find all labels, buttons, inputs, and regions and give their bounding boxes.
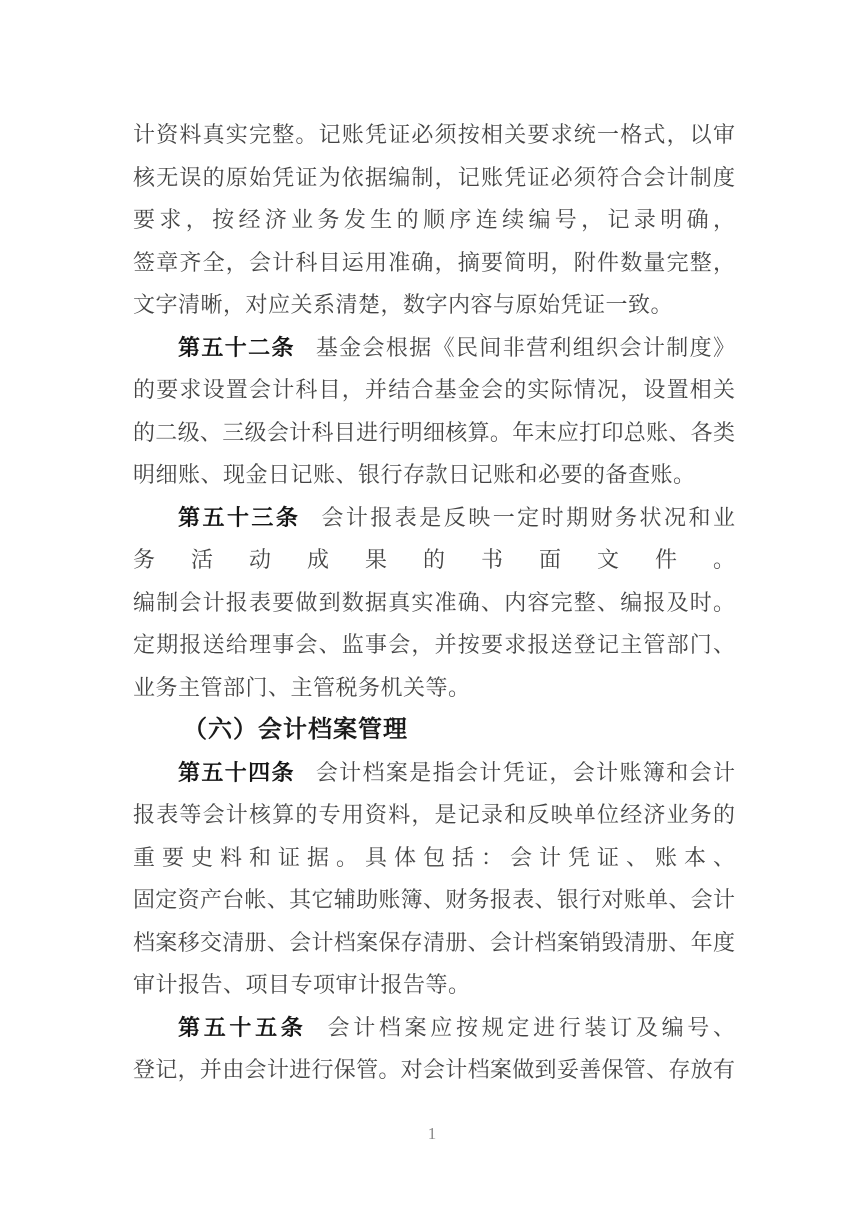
text-line: 固定资产台帐、其它辅助账簿、财务报表、银行对账单、会计 [133, 879, 735, 922]
text-line: 的要求设置会计科目，并结合基金会的实际情况，设置相关 [133, 369, 735, 412]
text-line: 计资料真实完整。记账凭证必须按相关要求统一格式，以审 [133, 114, 735, 157]
text-line: 第五十四条会计档案是指会计凭证，会计账簿和会计 [133, 752, 735, 795]
article-term: 第五十三条 [178, 505, 300, 530]
document-page: 计资料真实完整。记账凭证必须按相关要求统一格式，以审 核无误的原始凭证为依据编制… [0, 0, 864, 1222]
text-line: 报表等会计核算的专用资料，是记录和反映单位经济业务的 [133, 794, 735, 837]
article-text: 会计档案是指会计凭证，会计账簿和会计 [316, 760, 735, 785]
text-line: 重要史料和证据。具体包括：会计凭证、账本、 [133, 837, 735, 880]
section-heading: （六）会计档案管理 [133, 709, 735, 752]
paragraph-article-55: 第五十五条会计档案应按规定进行装订及编号、 登记，并由会计进行保管。对会计档案做… [133, 1007, 735, 1092]
text-line: 的二级、三级会计科目进行明细核算。年末应打印总账、各类 [133, 412, 735, 455]
text-line: 登记，并由会计进行保管。对会计档案做到妥善保管、存放有 [133, 1049, 735, 1092]
paragraph-article-53: 第五十三条会计报表是反映一定时期财务状况和业 务活动成果的书面文件。 编制会计报… [133, 497, 735, 710]
article-text: 会计报表是反映一定时期财务状况和业 [321, 505, 735, 530]
text-line: 核无误的原始凭证为依据编制，记账凭证必须符合会计制度 [133, 157, 735, 200]
article-text: 会计档案应按规定进行装订及编号、 [328, 1015, 735, 1040]
text-line: 第五十二条基金会根据《民间非营利组织会计制度》 [133, 327, 735, 370]
paragraph-article-51-continuation: 计资料真实完整。记账凭证必须按相关要求统一格式，以审 核无误的原始凭证为依据编制… [133, 114, 735, 327]
paragraph-article-52: 第五十二条基金会根据《民间非营利组织会计制度》 的要求设置会计科目，并结合基金会… [133, 327, 735, 497]
text-line: 务活动成果的书面文件。 [133, 539, 735, 582]
text-line: 要求，按经济业务发生的顺序连续编号，记录明确， [133, 199, 735, 242]
text-line: 第五十五条会计档案应按规定进行装订及编号、 [133, 1007, 735, 1050]
text-line: 文字清晰，对应关系清楚，数字内容与原始凭证一致。 [133, 284, 735, 327]
text-line: 签章齐全，会计科目运用准确，摘要简明，附件数量完整， [133, 242, 735, 285]
text-line: 审计报告、项目专项审计报告等。 [133, 964, 735, 1007]
text-line: 业务主管部门、主管税务机关等。 [133, 667, 735, 710]
text-line: 定期报送给理事会、监事会，并按要求报送登记主管部门、 [133, 624, 735, 667]
text-line: 第五十三条会计报表是反映一定时期财务状况和业 [133, 497, 735, 540]
text-line: 明细账、现金日记账、银行存款日记账和必要的备查账。 [133, 454, 735, 497]
text-line: 档案移交清册、会计档案保存清册、会计档案销毁清册、年度 [133, 922, 735, 965]
text-line: 编制会计报表要做到数据真实准确、内容完整、编报及时。 [133, 582, 735, 625]
paragraph-article-54: 第五十四条会计档案是指会计凭证，会计账簿和会计 报表等会计核算的专用资料，是记录… [133, 752, 735, 1007]
article-term: 第五十五条 [178, 1015, 307, 1040]
article-text: 基金会根据《民间非营利组织会计制度》 [316, 335, 735, 360]
article-term: 第五十四条 [178, 760, 295, 785]
page-number: 1 [0, 1124, 864, 1144]
article-term: 第五十二条 [178, 335, 295, 360]
document-body: 计资料真实完整。记账凭证必须按相关要求统一格式，以审 核无误的原始凭证为依据编制… [133, 114, 735, 1092]
